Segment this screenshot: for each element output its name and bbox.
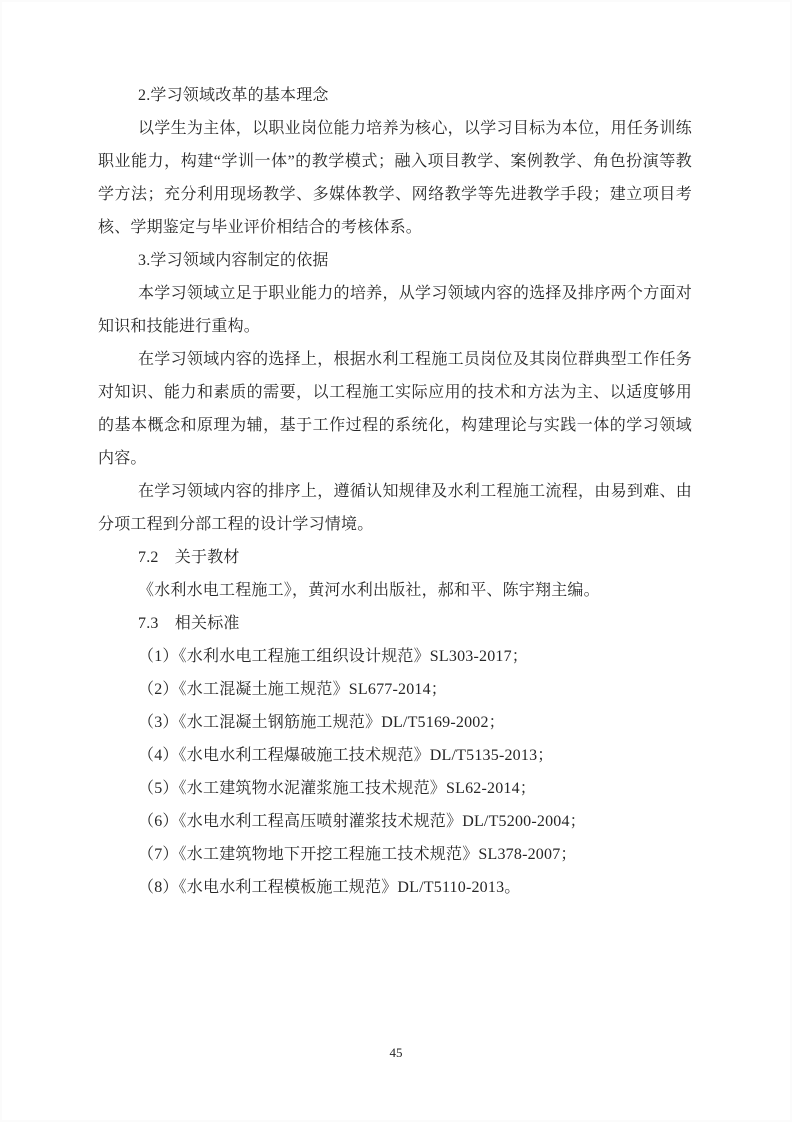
standard-item-6: （6）《水电水利工程高压喷射灌浆技术规范》DL/T5200-2004； <box>98 805 692 838</box>
paragraph-textbook: 《水利水电工程施工》，黄河水利出版社，郝和平、陈宇翔主编。 <box>98 574 692 607</box>
section-heading-2: 2.学习领域改革的基本理念 <box>98 79 692 112</box>
paragraph: 在学习领域内容的排序上，遵循认知规律及水利工程施工流程，由易到难、由分项工程到分… <box>98 475 692 541</box>
standard-item-4: （4）《水电水利工程爆破施工技术规范》DL/T5135-2013； <box>98 739 692 772</box>
standard-item-1: （1）《水利水电工程施工组织设计规范》SL303-2017； <box>98 640 692 673</box>
paragraph: 在学习领域内容的选择上，根据水利工程施工员岗位及其岗位群典型工作任务对知识、能力… <box>98 343 692 475</box>
section-heading-7-2: 7.2 关于教材 <box>98 541 692 574</box>
document-page: 2.学习领域改革的基本理念以学生为主体，以职业岗位能力培养为核心，以学习目标为本… <box>0 0 792 1122</box>
standard-item-7: （7）《水工建筑物地下开挖工程施工技术规范》SL378-2007； <box>98 838 692 871</box>
section-heading-7-3: 7.3 相关标准 <box>98 607 692 640</box>
paragraph: 本学习领域立足于职业能力的培养，从学习领域内容的选择及排序两个方面对知识和技能进… <box>98 277 692 343</box>
standard-item-2: （2）《水工混凝土施工规范》SL677-2014； <box>98 673 692 706</box>
section-heading-3: 3.学习领域内容制定的依据 <box>98 244 692 277</box>
standard-item-5: （5）《水工建筑物水泥灌浆施工技术规范》SL62-2014； <box>98 772 692 805</box>
document-content: 2.学习领域改革的基本理念以学生为主体，以职业岗位能力培养为核心，以学习目标为本… <box>98 79 692 904</box>
paragraph: 以学生为主体，以职业岗位能力培养为核心，以学习目标为本位，用任务训练职业能力，构… <box>98 112 692 244</box>
page-number: 45 <box>0 1045 792 1061</box>
standard-item-8: （8）《水电水利工程模板施工规范》DL/T5110-2013。 <box>98 871 692 904</box>
standard-item-3: （3）《水工混凝土钢筋施工规范》DL/T5169-2002； <box>98 706 692 739</box>
